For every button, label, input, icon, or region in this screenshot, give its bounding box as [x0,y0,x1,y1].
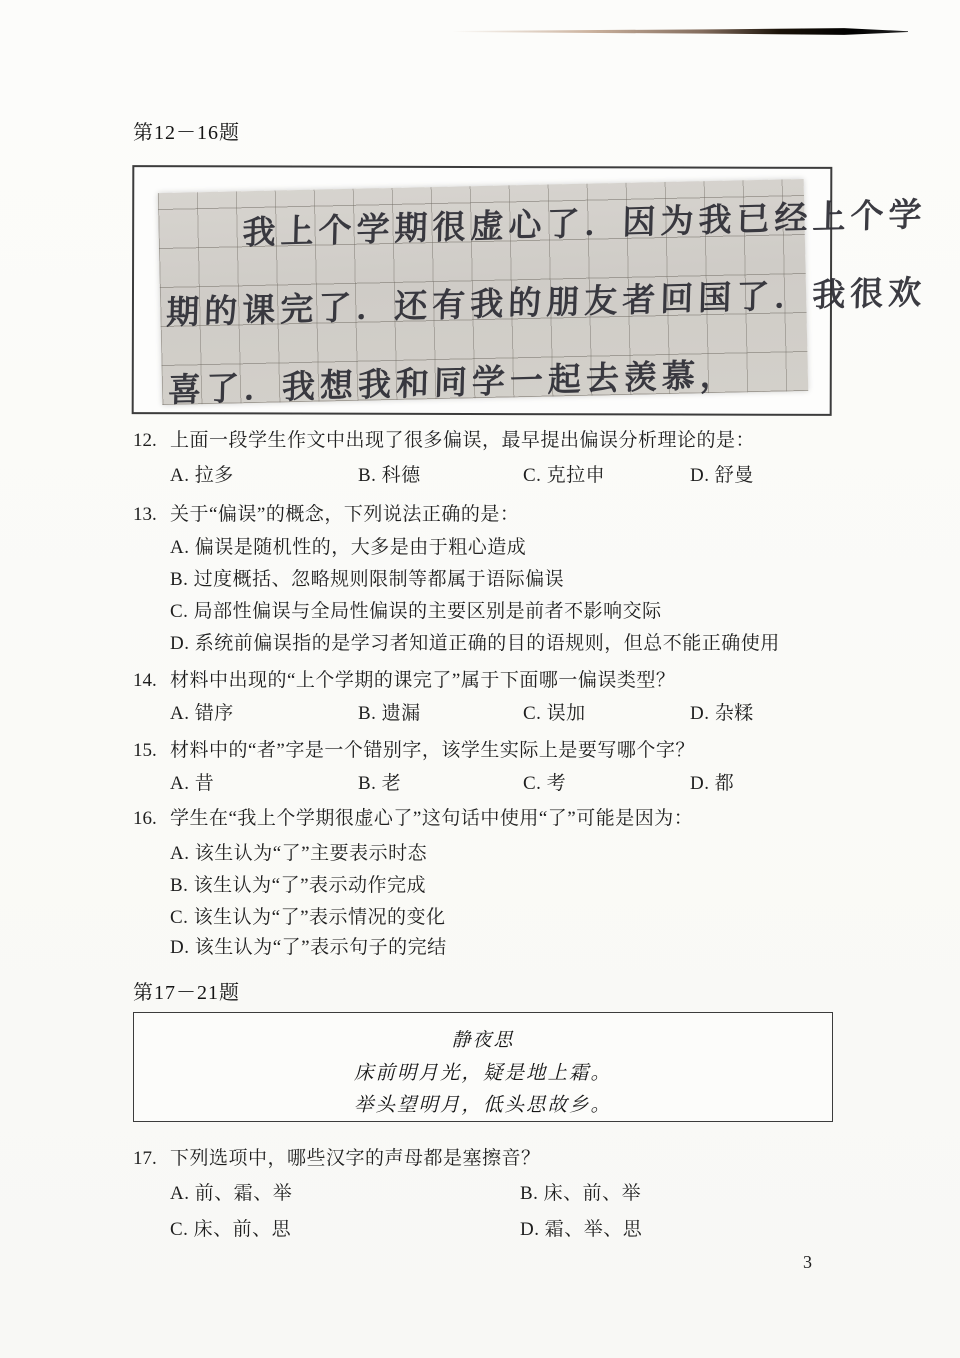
poem-material-box: 静夜思 床前明月光，疑是地上霜。 举头望明月，低头思故乡。 [133,1012,833,1122]
question-number: 16. [133,804,170,834]
question-stem: 关于“偏误”的概念，下列说法正确的是： [170,500,843,530]
question-stem: 学生在“我上个学期很虚心了”这句话中使用“了”可能是因为： [170,804,843,834]
option-d: D. 都 [690,770,734,798]
question-stem: 材料中出现的“上个学期的课完了”属于下面哪一偏误类型？ [170,666,843,696]
option-c: C. 克拉申 [523,462,605,490]
poem-title: 静夜思 [134,1025,832,1052]
option-a: A. 偏误是随机性的，大多是由于粗心造成 [170,534,526,562]
poem-line-2: 举头望明月，低头思故乡。 [134,1089,832,1117]
handwriting-line-3: 喜了．我想我和同学一起去羡慕， [167,355,738,410]
option-b: B. 科德 [358,462,421,490]
question-stem: 下列选项中，哪些汉字的声母都是塞擦音？ [170,1144,843,1174]
option-c: C. 该生认为“了”表示情况的变化 [170,904,446,932]
option-b: B. 遗漏 [358,700,421,728]
handwriting-line-2: 期的课完了．还有我的朋友者回国了．我很欢 [166,272,927,333]
option-d: D. 该生认为“了”表示句子的完结 [170,934,447,962]
question-17: 17. 下列选项中，哪些汉字的声母都是塞擦音？ A. 前、霜、举 B. 床、前、… [133,1144,843,1174]
option-d: D. 霜、举、思 [520,1216,642,1244]
option-b: B. 老 [358,770,401,798]
option-c: C. 局部性偏误与全局性偏误的主要区别是前者不影响交际 [170,598,662,626]
option-a: A. 拉多 [170,462,234,490]
question-number: 14. [133,666,170,696]
question-stem: 上面一段学生作文中出现了很多偏误，最早提出偏误分析理论的是： [170,426,843,456]
handwriting-grid-paper: 我上个学期很虚心了．因为我已经上个学 期的课完了．还有我的朋友者回国了．我很欢 … [158,179,808,405]
handwriting-material-box: 我上个学期很虚心了．因为我已经上个学 期的课完了．还有我的朋友者回国了．我很欢 … [132,165,833,416]
question-16: 16. 学生在“我上个学期很虚心了”这句话中使用“了”可能是因为： A. 该生认… [133,804,843,834]
option-b: B. 过度概括、忽略规则限制等都属于语际偏误 [170,566,564,594]
question-stem: 材料中的“者”字是一个错别字，该学生实际上是要写哪个字？ [170,736,843,766]
question-12: 12. 上面一段学生作文中出现了很多偏误，最早提出偏误分析理论的是： A. 拉多… [133,426,843,456]
question-16-head: 16. 学生在“我上个学期很虚心了”这句话中使用“了”可能是因为： [133,804,843,834]
section-12-16-header: 第12－16题 [133,116,240,145]
question-number: 12. [133,426,170,456]
question-number: 15. [133,736,170,766]
question-17-head: 17. 下列选项中，哪些汉字的声母都是塞擦音？ [133,1144,843,1174]
question-15-head: 15. 材料中的“者”字是一个错别字，该学生实际上是要写哪个字？ [133,736,843,766]
option-a: A. 前、霜、举 [170,1180,292,1208]
question-13: 13. 关于“偏误”的概念，下列说法正确的是： A. 偏误是随机性的，大多是由于… [133,500,843,530]
option-c: C. 考 [523,770,566,798]
option-d: D. 杂糅 [690,700,754,728]
question-12-head: 12. 上面一段学生作文中出现了很多偏误，最早提出偏误分析理论的是： [133,426,843,456]
option-c: C. 床、前、思 [170,1216,291,1244]
question-15: 15. 材料中的“者”字是一个错别字，该学生实际上是要写哪个字？ A. 昔 B.… [133,736,843,766]
exam-page: { "doc": { "page_number": "3", "section_… [0,0,960,1358]
question-number: 13. [133,500,170,530]
option-d: D. 系统前偏误指的是学习者知道正确的目的语规则，但总不能正确使用 [170,630,780,658]
option-a: A. 该生认为“了”主要表示时态 [170,840,427,868]
question-number: 17. [133,1144,170,1174]
question-14: 14. 材料中出现的“上个学期的课完了”属于下面哪一偏误类型？ A. 错序 B.… [133,666,843,696]
option-c: C. 误加 [523,700,586,728]
handwriting-line-1: 我上个学期很虚心了．因为我已经上个学 [242,195,927,254]
question-13-head: 13. 关于“偏误”的概念，下列说法正确的是： [133,500,843,530]
poem-line-1: 床前明月光，疑是地上霜。 [134,1057,832,1085]
option-a: A. 错序 [170,700,234,728]
section-17-21-header: 第17－21题 [133,976,240,1005]
option-b: B. 该生认为“了”表示动作完成 [170,872,426,900]
option-d: D. 舒曼 [690,462,754,490]
option-b: B. 床、前、举 [520,1180,641,1208]
option-a: A. 昔 [170,770,214,798]
page-number: 3 [803,1252,812,1273]
question-14-head: 14. 材料中出现的“上个学期的课完了”属于下面哪一偏误类型？ [133,666,843,696]
